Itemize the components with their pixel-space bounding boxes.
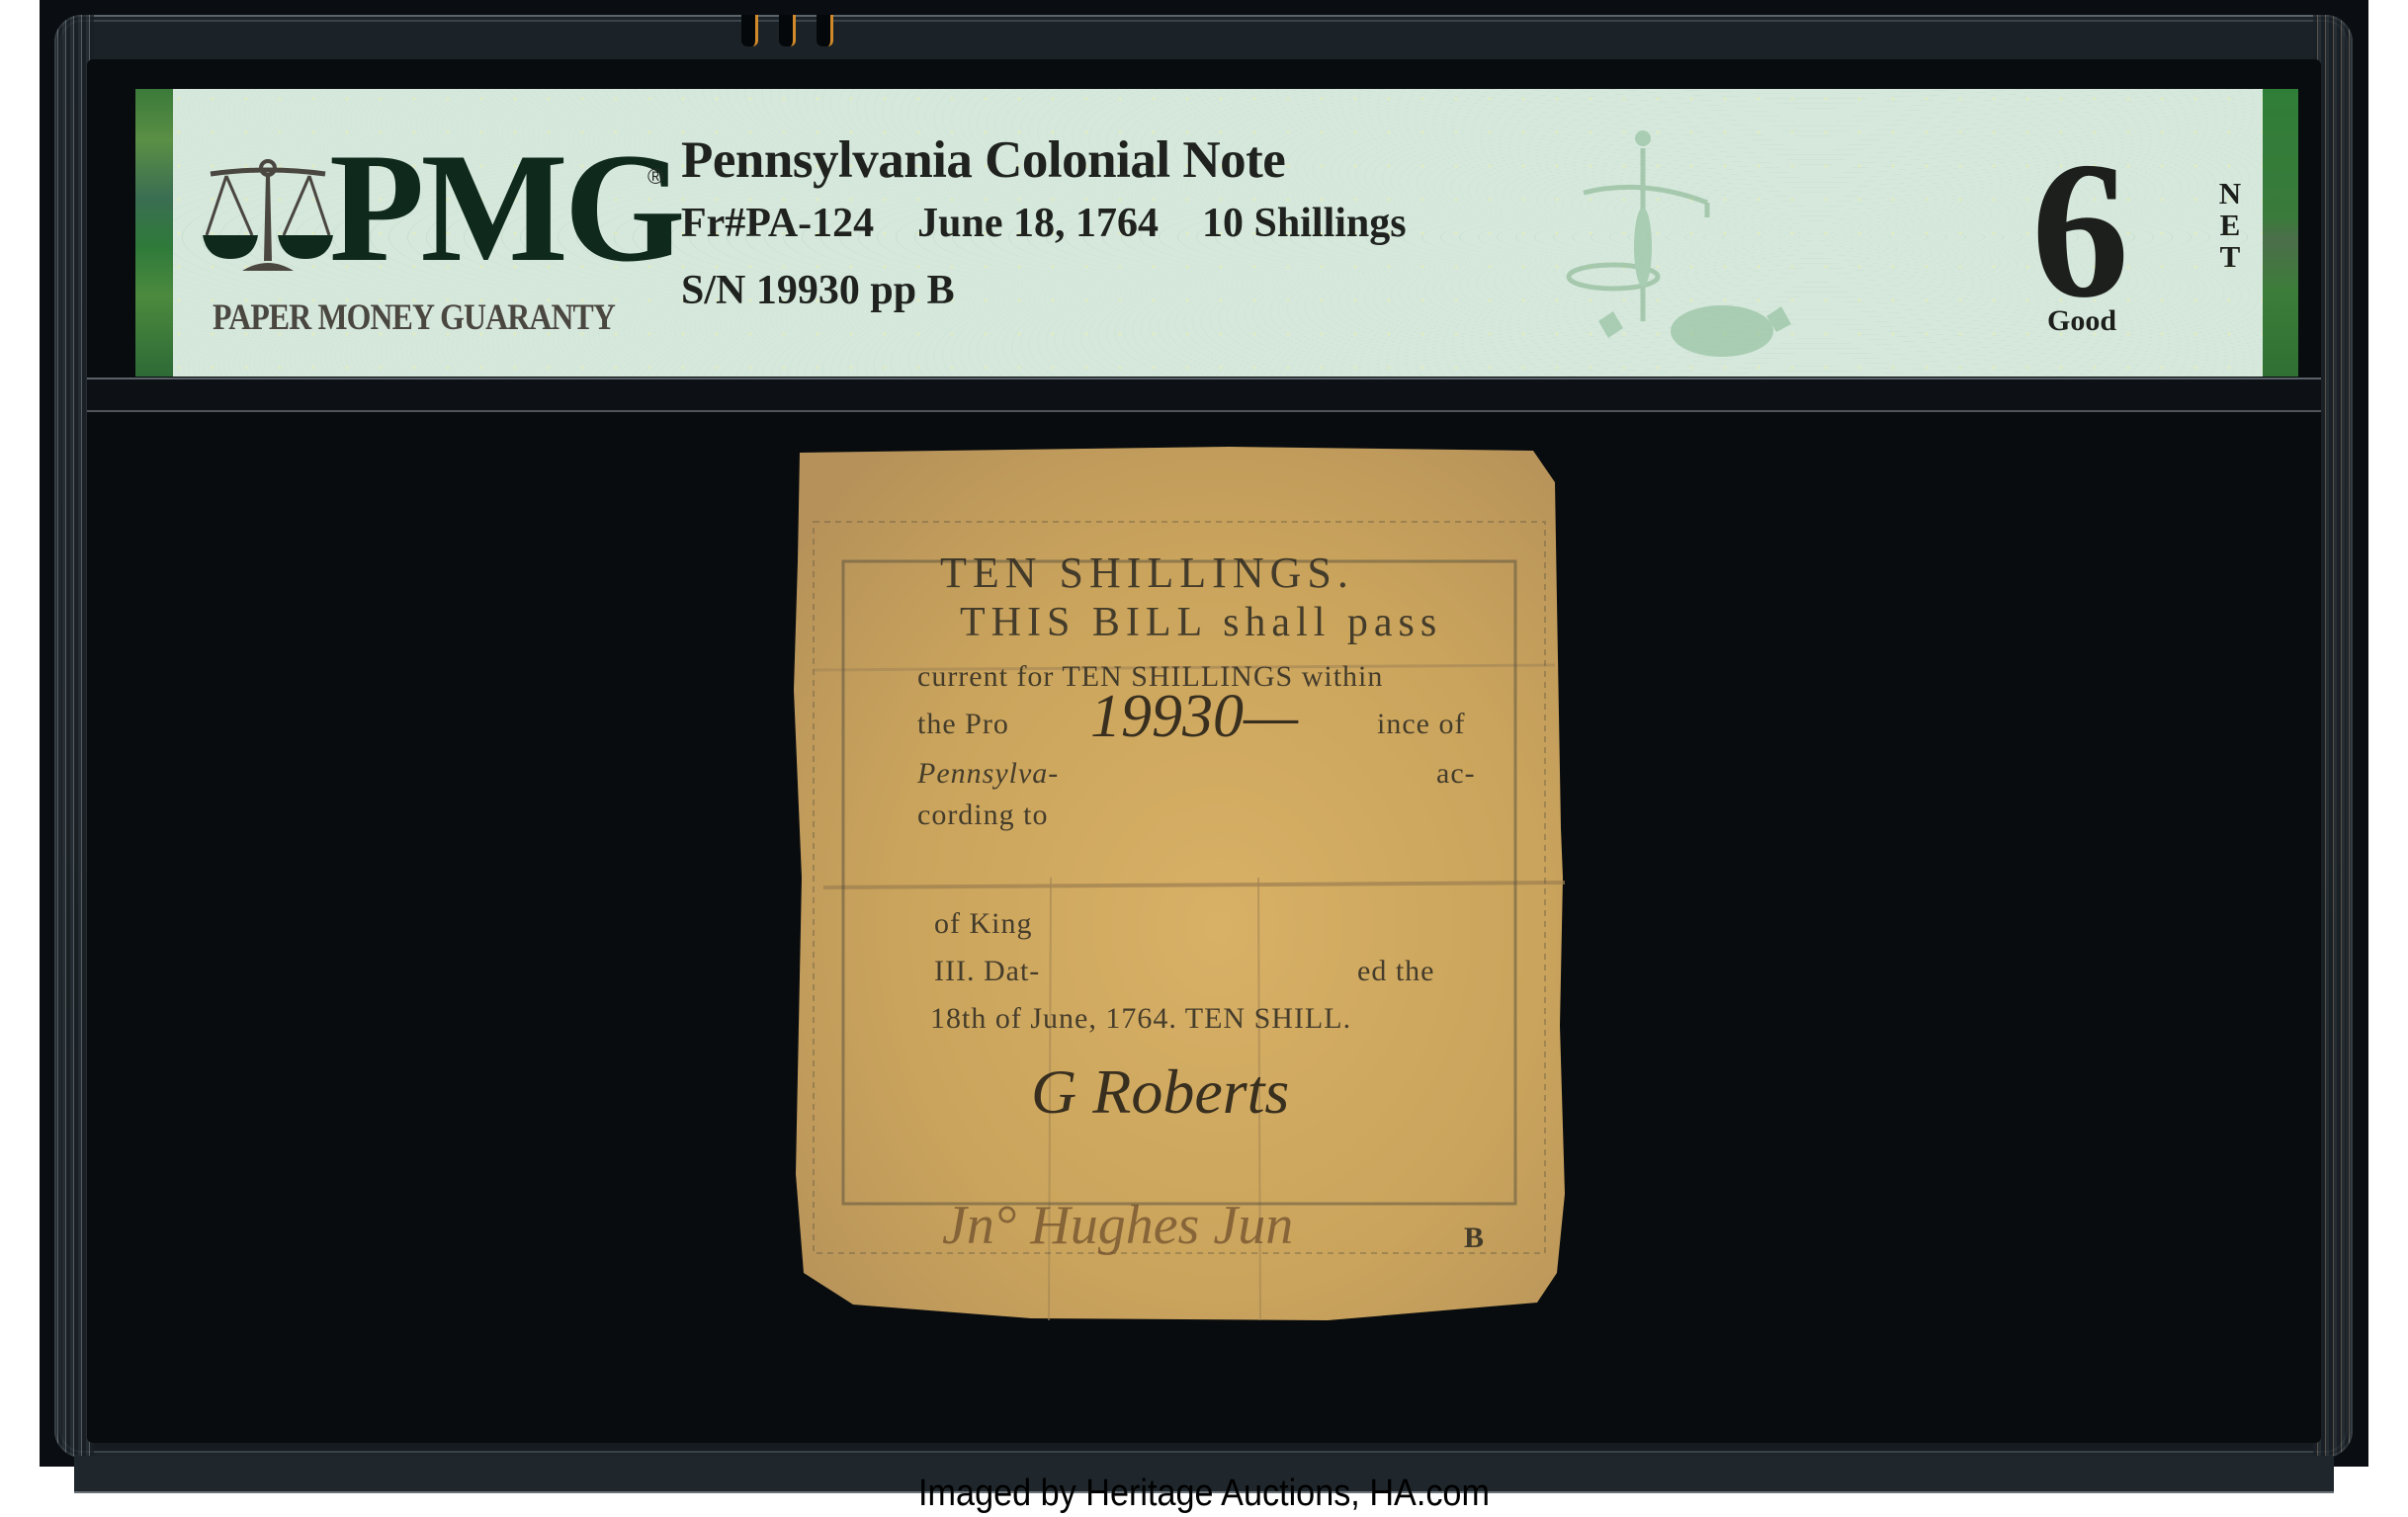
grade-qualifier-net: N E T [2213, 178, 2247, 273]
note-line-3-left: the Pro [917, 708, 1009, 741]
image-credit: Imaged by Heritage Auctions, HA.com [121, 1473, 2287, 1515]
pmg-full-name: PAPER MONEY GUARANTY [213, 296, 615, 339]
note-attributes: Fr#PA-124 June 18, 1764 10 Shillings [681, 203, 1407, 244]
note-heading: TEN SHILLINGS. [940, 548, 1354, 598]
handwritten-serial: 19930— [1090, 682, 1298, 752]
note-description: Pennsylvania Colonial Note Fr#PA-124 Jun… [681, 134, 1407, 311]
label-separator-bar [87, 378, 2321, 412]
grading-label: PMG ® PAPER MONEY GUARANTY Pennsylvania … [135, 89, 2298, 377]
note-line-6: of King [934, 907, 1033, 941]
hologram-band-left [135, 89, 173, 377]
registered-mark: ® [647, 164, 663, 190]
grade-description: Good [2047, 304, 2116, 338]
note-line-3-right: ince of [1377, 708, 1465, 741]
note-line-8: 18th of June, 1764. TEN SHILL. [930, 1002, 1351, 1036]
colonial-note: TEN SHILLINGS. THIS BILL shall pass curr… [794, 443, 1567, 1322]
note-line-4: Pennsylva- [917, 757, 1059, 791]
signature-roberts: G Roberts [1031, 1055, 1289, 1129]
note-line-7-right: ed the [1357, 955, 1434, 988]
serial-number: S/N 19930 pp B [681, 270, 1407, 311]
note-line-1: THIS BILL shall pass [960, 599, 1442, 646]
scales-of-justice-icon [203, 156, 333, 279]
note-line-7-left: III. Dat- [934, 955, 1040, 988]
pmg-logo: PMG [329, 130, 682, 287]
plate-letter: B [1464, 1222, 1485, 1255]
denomination: 10 Shillings [1202, 203, 1407, 244]
scales-watermark-icon [1559, 109, 1855, 366]
signature-hughes: Jn° Hughes Jun [942, 1194, 1293, 1257]
holder-notch [741, 15, 758, 46]
friedberg-number: Fr#PA-124 [681, 203, 874, 244]
holder-notch [779, 15, 796, 46]
grade-number: 6 [2031, 132, 2129, 328]
note-line-4-right: ac- [1436, 757, 1476, 791]
holder-notch [817, 15, 833, 46]
issue-date: June 18, 1764 [917, 203, 1159, 244]
note-type: Pennsylvania Colonial Note [681, 134, 1407, 187]
note-line-5: cording to [917, 799, 1048, 832]
hologram-band-right [2263, 89, 2298, 377]
